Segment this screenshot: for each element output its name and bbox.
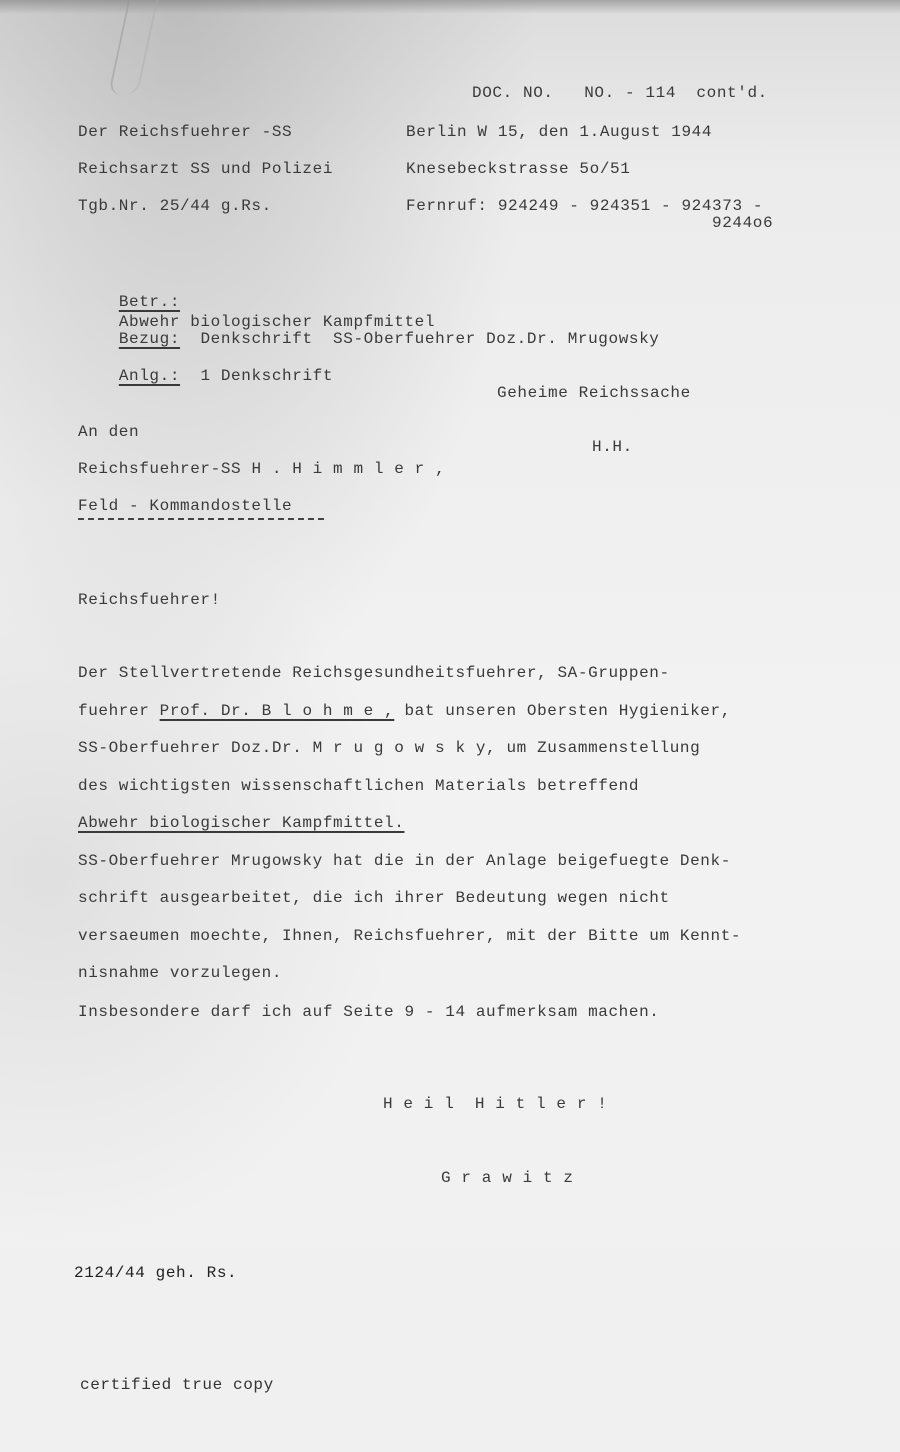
doc-number: DOC. NO. NO. - 114 cont'd. [472,83,768,103]
initials: H.H. [592,437,633,457]
classification: Geheime Reichssache [497,383,691,403]
body-text: bat unseren Obersten Hygieniker, [394,702,731,720]
recipient-title: Reichsfuehrer-SS [78,460,251,478]
closing: H e i l H i t l e r ! [383,1094,607,1114]
recipient-line-3: Feld - Kommandostelle [78,496,292,516]
recipient-line-1: An den [78,422,139,442]
underlined-name: Prof. Dr. B l o h m e , [160,702,395,720]
paper-crease [108,0,158,95]
body-text: fuehrer [78,702,160,720]
body-line: versaeumen moechte, Ihnen, Reichsfuehrer… [78,926,741,946]
address: Knesebeckstrasse 5o/51 [406,159,630,179]
phone-numbers: Fernruf: 924249 - 924351 - 924373 - [406,196,763,216]
dashed-divider [78,518,324,520]
anlg-value: 1 Denkschrift [200,367,333,385]
sender-line-1: Der Reichsfuehrer -SS [78,122,292,142]
body-line: SS-Oberfuehrer Mrugowsky hat die in der … [78,851,731,871]
anlg-label: Anlg.: [119,367,180,385]
body-line: Der Stellvertretende Reichsgesundheitsfu… [78,663,670,683]
document-page: DOC. NO. NO. - 114 cont'd. Der Reichsfue… [0,0,900,1452]
sender-line-2: Reichsarzt SS und Polizei [78,159,333,179]
recipient-name: H . H i m m l e r , [251,460,445,478]
place-date: Berlin W 15, den 1.August 1944 [406,122,712,142]
body-line: SS-Oberfuehrer Doz.Dr. M r u g o w s k y… [78,738,700,758]
body-line-underlined: Abwehr biologischer Kampfmittel. [78,813,404,833]
salutation: Reichsfuehrer! [78,590,221,610]
sender-line-3: Tgb.Nr. 25/44 g.Rs. [78,196,272,216]
body-line: nisnahme vorzulegen. [78,963,282,983]
phone-numbers-cont: 9244o6 [712,213,773,233]
body-line: schrift ausgearbeitet, die ich ihrer Bed… [78,888,670,908]
signature: G r a w i t z [441,1168,574,1188]
certification-note: certified true copy [80,1375,274,1395]
file-reference: 2124/44 geh. Rs. [74,1263,237,1283]
body-line: Insbesondere darf ich auf Seite 9 - 14 a… [78,1002,660,1022]
body-line: des wichtigsten wissenschaftlichen Mater… [78,776,639,796]
recipient-line-2: Reichsfuehrer-SS H . H i m m l e r , [78,459,445,479]
body-line: fuehrer Prof. Dr. B l o h m e , bat unse… [78,701,731,721]
enclosure-line: Anlg.: 1 Denkschrift [78,346,333,406]
